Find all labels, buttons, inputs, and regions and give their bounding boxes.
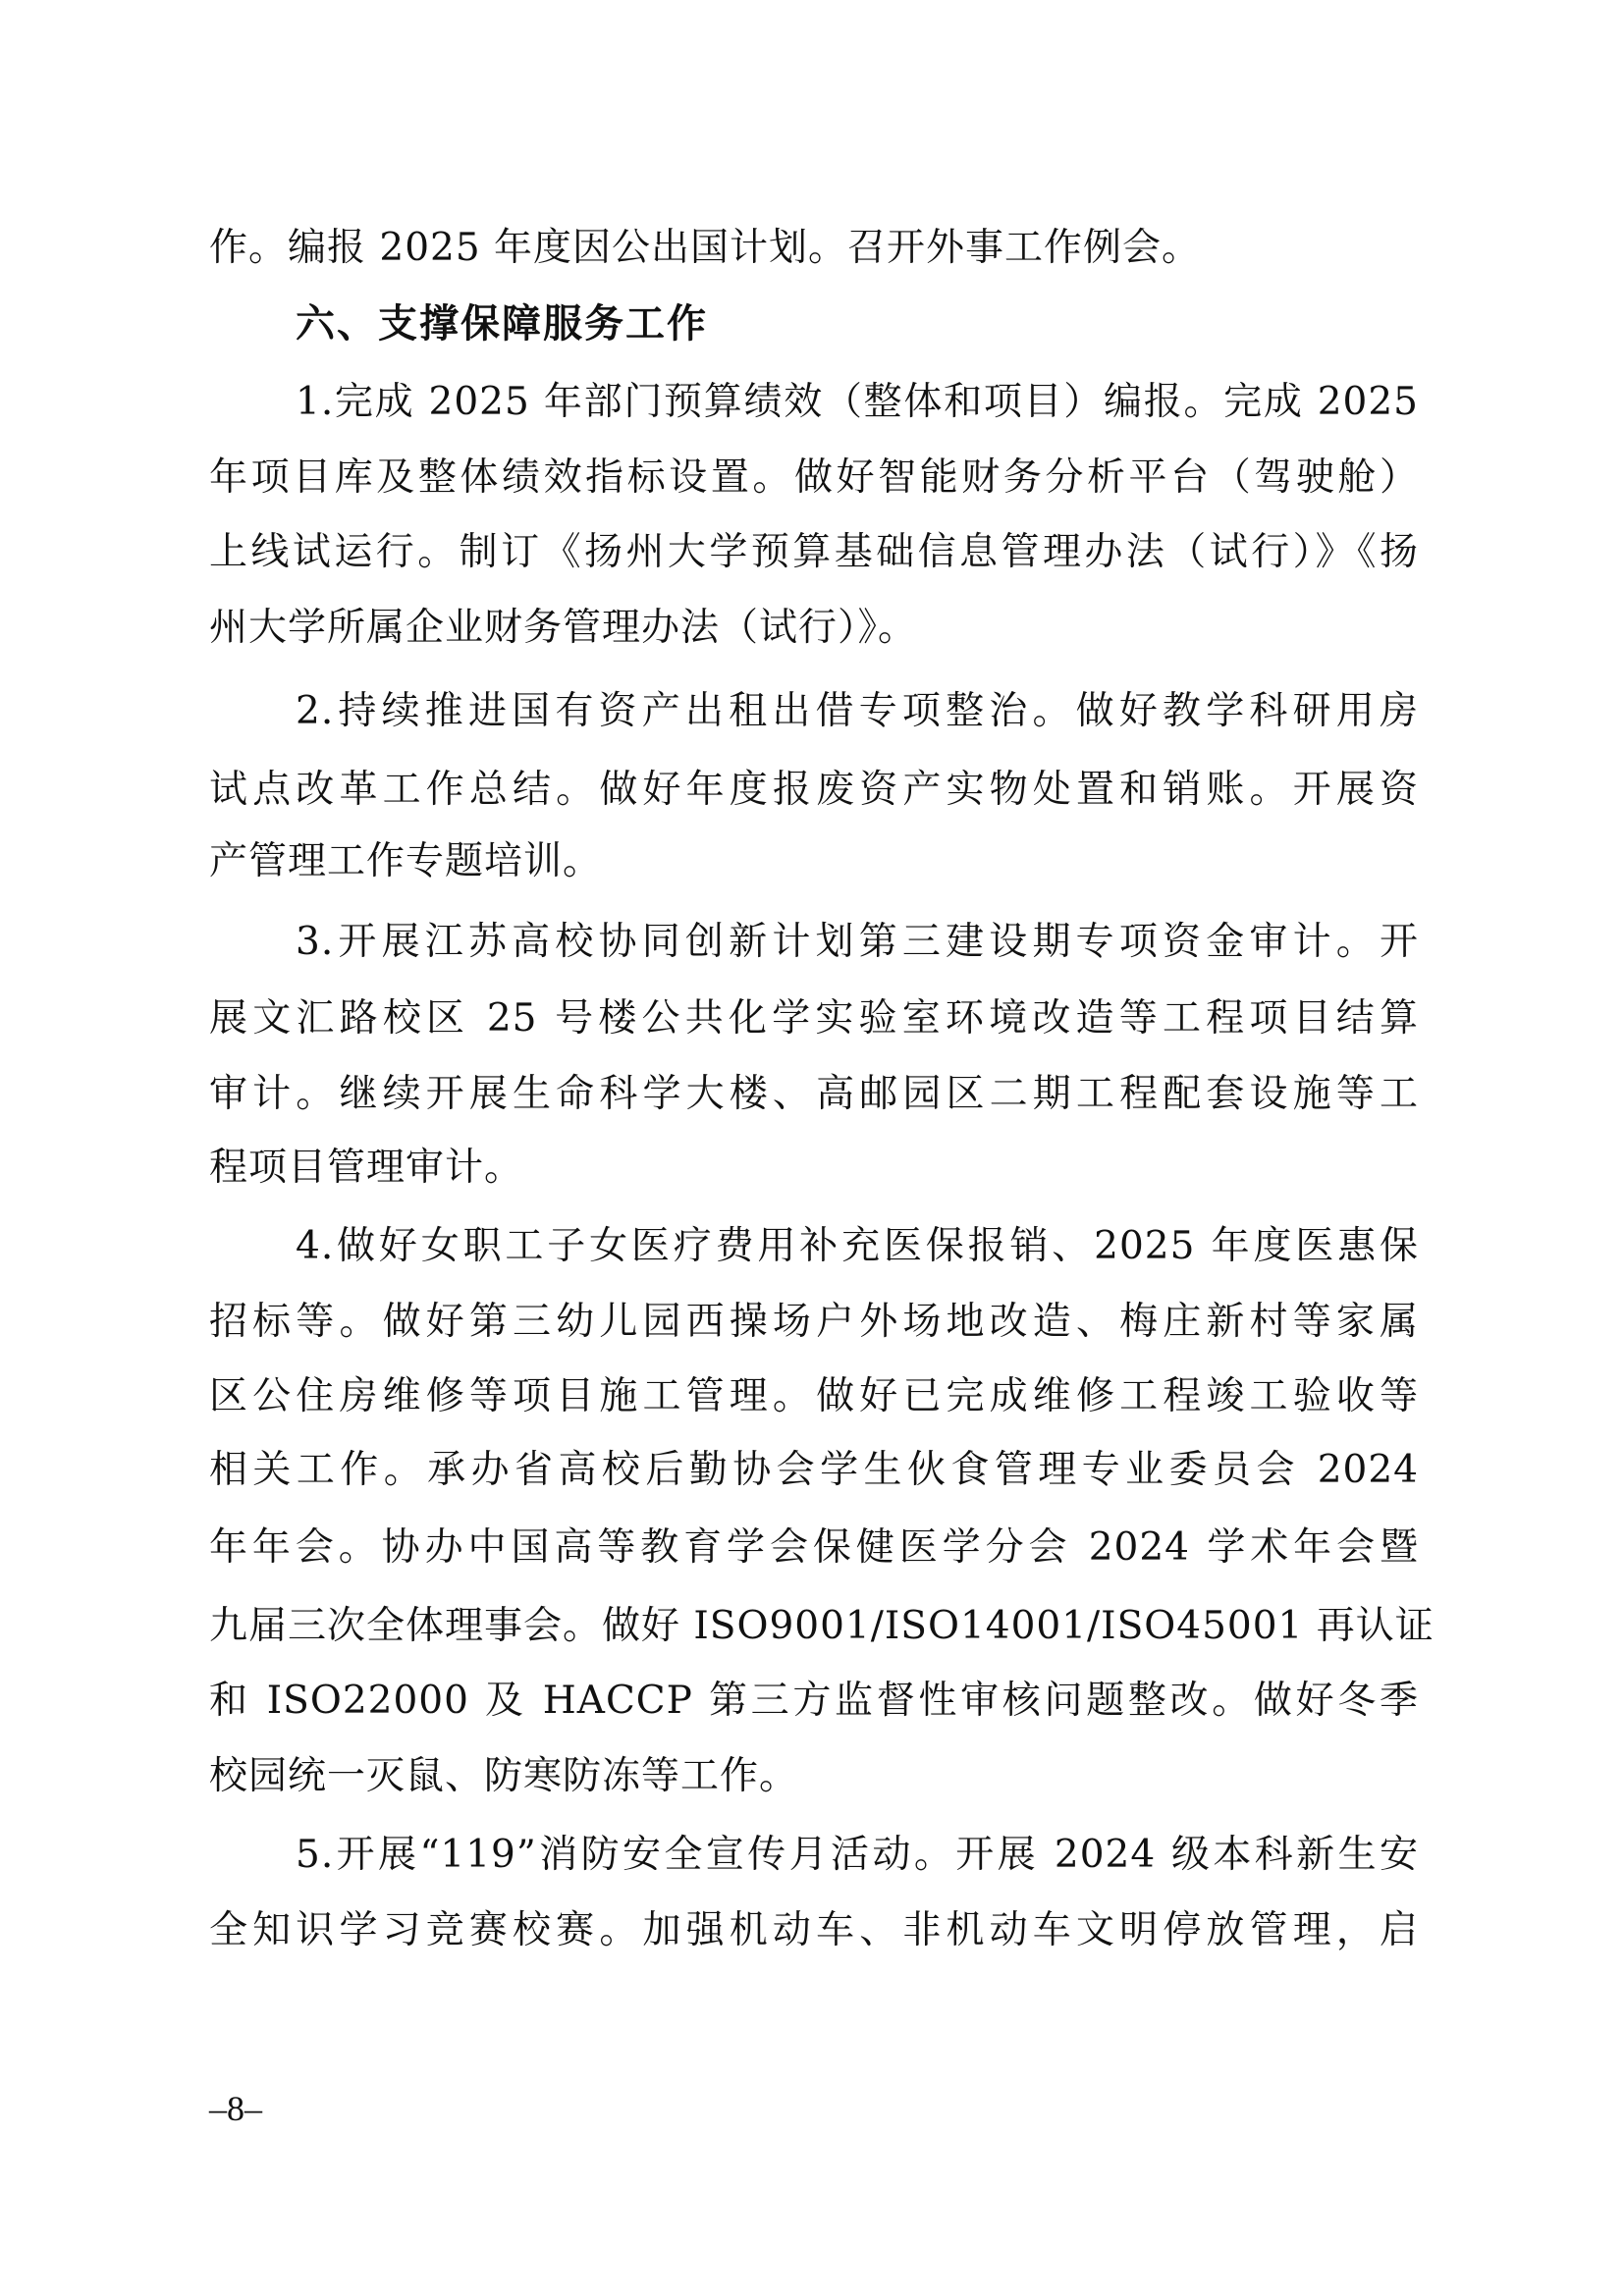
paragraph-line: 年年会。协办中国高等教育学会保健医学分会 2024 学术年会暨 [209,1521,1419,1575]
paragraph-line: 审计。继续开展生命科学大楼、高邮园区二期工程配套设施等工 [209,1067,1419,1122]
paragraph-line: 产管理工作专题培训。 [209,834,1419,889]
paragraph-line: 2.持续推进国有资产出租出借专项整治。做好教学科研用房 [296,684,1419,739]
paragraph-line: 校园统一灭鼠、防寒防冻等工作。 [209,1749,1419,1804]
paragraph-line: 和 ISO22000 及 HACCP 第三方监督性审核问题整改。做好冬季 [209,1674,1419,1729]
paragraph-line: 3.开展江苏高校协同创新计划第三建设期专项资金审计。开 [296,915,1419,970]
paragraph-line: 5.开展“119”消防安全宣传月活动。开展 2024 级本科新生安 [296,1828,1419,1883]
paragraph-line: 招标等。做好第三幼儿园西操场户外场地改造、梅庄新村等家属 [209,1295,1419,1350]
paragraph-line: 年项目库及整体绩效指标设置。做好智能财务分析平台（驾驶舱） [209,451,1419,506]
paragraph-line: 州大学所属企业财务管理办法（试行）》。 [209,601,1419,656]
paragraph-line: 上线试运行。制订《扬州大学预算基础信息管理办法（试行）》《扬 [209,525,1419,580]
paragraph-line: 1.完成 2025 年部门预算绩效（整体和项目）编报。完成 2025 [296,375,1419,430]
paragraph-line: 4.做好女职工子女医疗费用补充医保报销、2025 年度医惠保 [296,1219,1419,1274]
paragraph-line: 相关工作。承办省高校后勤协会学生伙食管理专业委员会 2024 [209,1443,1419,1498]
paragraph-line: 全知识学习竞赛校赛。加强机动车、非机动车文明停放管理，启 [209,1903,1419,1958]
paragraph-line: 试点改革工作总结。做好年度报废资产实物处置和销账。开展资 [209,763,1419,818]
paragraph-line: 九届三次全体理事会。做好 ISO9001/ISO14001/ISO45001 再… [209,1599,1419,1654]
paragraph-line: 区公住房维修等项目施工管理。做好已完成维修工程竣工验收等 [209,1369,1419,1424]
page-number: –8– [209,2089,262,2128]
document-page: 作。编报 2025 年度因公出国计划。召开外事工作例会。 六、支撑保障服务工作 … [0,0,1624,2296]
carryover-line: 作。编报 2025 年度因公出国计划。召开外事工作例会。 [209,221,1419,276]
section-heading: 六、支撑保障服务工作 [296,296,708,351]
paragraph-line: 展文汇路校区 25 号楼公共化学实验室环境改造等工程项目结算 [209,991,1419,1046]
paragraph-line: 程项目管理审计。 [209,1141,1419,1196]
